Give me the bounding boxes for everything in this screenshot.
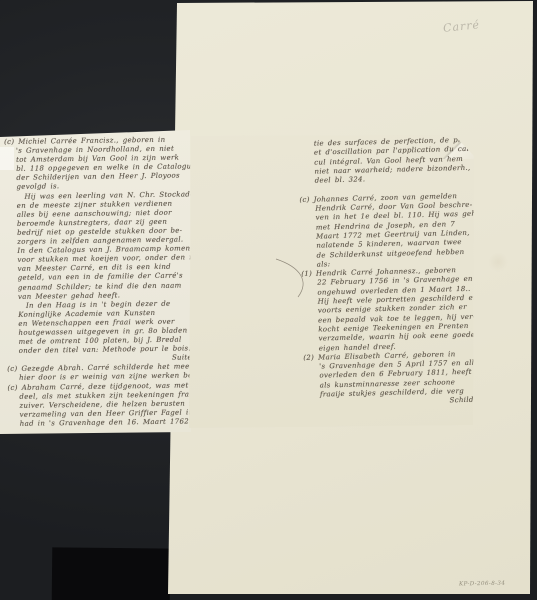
manuscript-text-line: had in 's Gravenhage den 16. Maart 1762. [8,417,194,429]
left-manuscript-page: (c) Michiel Carrée Francisz., geboren in… [0,128,191,435]
mount-dark-patch [52,547,171,600]
inventory-mark: KP-D-206-8-34 [459,581,505,588]
left-page-text: (c) Michiel Carrée Francisz., geboren in… [4,135,194,434]
middle-manuscript-page: tie des surfaces de perfection, de propo… [186,127,475,430]
middle-page-text: tie des surfaces de perfection, de propo… [298,136,483,422]
archival-scan: Carré KP-D-206-8-34 (c) Michiel Carrée F… [0,0,537,600]
